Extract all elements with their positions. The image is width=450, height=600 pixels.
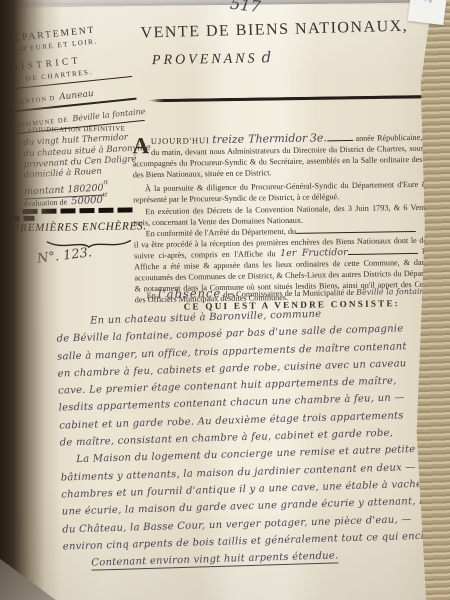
p1-lead: UJOURD'HUI — [151, 135, 210, 146]
p1-hand-year: 3e. — [310, 131, 327, 144]
dropcap-a: A — [132, 136, 149, 155]
p5-en: En — [147, 291, 156, 300]
p1-hand-date: treize Thermidor — [212, 132, 307, 146]
p5-hand-absence: l'absence — [158, 286, 222, 301]
blank-fill — [327, 134, 353, 141]
header-swelled-rule — [147, 95, 443, 103]
subtitle-hand-d: d — [261, 48, 271, 66]
paragraph-aujourdhui: AUJOURD'HUI treize Thermidor 3e. année R… — [132, 131, 447, 180]
blank-fill — [348, 247, 418, 255]
p1-after-year: année Républicaine, — [355, 133, 422, 143]
subtitle-provenans: PROVENANS — [152, 51, 258, 68]
folio-number: 517 — [229, 0, 262, 16]
p4-arrete: En conformité de l'Arrêté du Département… — [146, 227, 297, 238]
evaluation-value: 50000 — [71, 195, 103, 207]
encheres-heading: PREMIÈRES ENCHÈRES. — [13, 220, 148, 234]
margin-divider-dashes — [22, 207, 136, 213]
p4-hand-affiche-date: 1er Fructidor — [280, 247, 348, 259]
manuscript-block: En un chateau situé à Baronville, commun… — [56, 305, 450, 576]
photo-of-document: 517 VENTE DE BIENS NATIONAUX, PROVENANS … — [0, 0, 450, 600]
p5-hand-commune: Béville la fontaine — [356, 287, 429, 297]
corner-slip: f 8 — [408, 0, 447, 25]
page-content: 517 VENTE DE BIENS NATIONAUX, PROVENANS … — [0, 0, 450, 600]
canton-label: CANTON D — [14, 95, 56, 106]
blank-fill — [296, 225, 416, 234]
margin-divider-stub — [4, 216, 34, 221]
livre-mark: tt — [103, 191, 108, 198]
corner-slip-marks: f 8 — [424, 0, 433, 5]
p5-commissaires: des Commissaires de la Municipalité de — [223, 288, 354, 299]
canton-value: Auneau — [59, 89, 94, 103]
livre-mark: tt — [103, 179, 108, 186]
document-title: VENTE DE BIENS NATIONAUX, — [140, 18, 408, 43]
evaluation-label: évaluation de — [24, 197, 67, 208]
